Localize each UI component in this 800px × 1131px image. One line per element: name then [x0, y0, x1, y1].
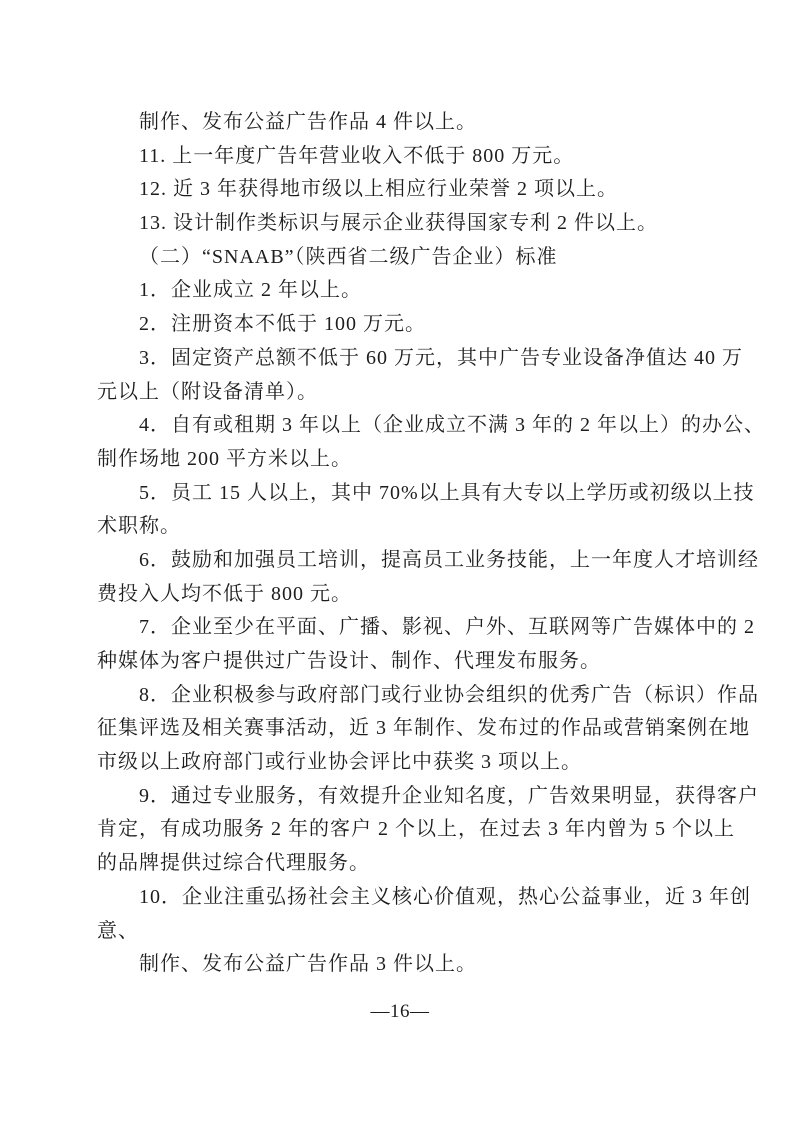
text-line: 9．通过专业服务，有效提升企业知名度，广告效果明显，获得客户 — [97, 780, 719, 814]
text-line: 1．企业成立 2 年以上。 — [97, 274, 719, 308]
text-line: 费投入人均不低于 800 元。 — [97, 578, 719, 612]
text-line: 11. 上一年度广告年营业收入不低于 800 万元。 — [97, 140, 719, 174]
text-line: 4．自有或租期 3 年以上（企业成立不满 3 年的 2 年以上）的办公、 — [97, 409, 719, 443]
text-line: 制作场地 200 平方米以上。 — [97, 443, 719, 477]
text-line: 12. 近 3 年获得地市级以上相应行业荣誉 2 项以上。 — [97, 173, 719, 207]
text-line: 市级以上政府部门或行业协会评比中获奖 3 项以上。 — [97, 746, 719, 780]
text-line: 制作、发布公益广告作品 3 件以上。 — [97, 948, 719, 982]
section-heading: （二）“SNAAB”（陕西省二级广告企业）标准 — [97, 241, 719, 275]
text-line: 10．企业注重弘扬社会主义核心价值观，热心公益事业，近 3 年创 — [97, 881, 719, 915]
text-line: 的品牌提供过综合代理服务。 — [97, 847, 719, 881]
text-line: 种媒体为客户提供过广告设计、制作、代理发布服务。 — [97, 645, 719, 679]
text-line: 肯定，有成功服务 2 年的客户 2 个以上，在过去 3 年内曾为 5 个以上 — [97, 813, 719, 847]
text-line: 13. 设计制作类标识与展示企业获得国家专利 2 件以上。 — [97, 207, 719, 241]
text-line: 意、 — [97, 915, 719, 949]
text-line: 2．注册资本不低于 100 万元。 — [97, 308, 719, 342]
text-line: 5．员工 15 人以上，其中 70%以上具有大专以上学历或初级以上技 — [97, 477, 719, 511]
document-body: 制作、发布公益广告作品 4 件以上。 11. 上一年度广告年营业收入不低于 80… — [97, 106, 719, 982]
text-line: 制作、发布公益广告作品 4 件以上。 — [97, 106, 719, 140]
text-line: 3．固定资产总额不低于 60 万元，其中广告专业设备净值达 40 万 — [97, 342, 719, 376]
document-page: 制作、发布公益广告作品 4 件以上。 11. 上一年度广告年营业收入不低于 80… — [0, 0, 800, 1131]
page-number: —16— — [0, 1001, 800, 1023]
text-line: 术职称。 — [97, 510, 719, 544]
text-line: 征集评选及相关赛事活动，近 3 年制作、发布过的作品或营销案例在地 — [97, 712, 719, 746]
text-line: 8．企业积极参与政府部门或行业协会组织的优秀广告（标识）作品 — [97, 679, 719, 713]
text-line: 6．鼓励和加强员工培训，提高员工业务技能，上一年度人才培训经 — [97, 544, 719, 578]
text-line: 7．企业至少在平面、广播、影视、户外、互联网等广告媒体中的 2 — [97, 611, 719, 645]
text-line: 元以上（附设备清单）。 — [97, 376, 719, 410]
